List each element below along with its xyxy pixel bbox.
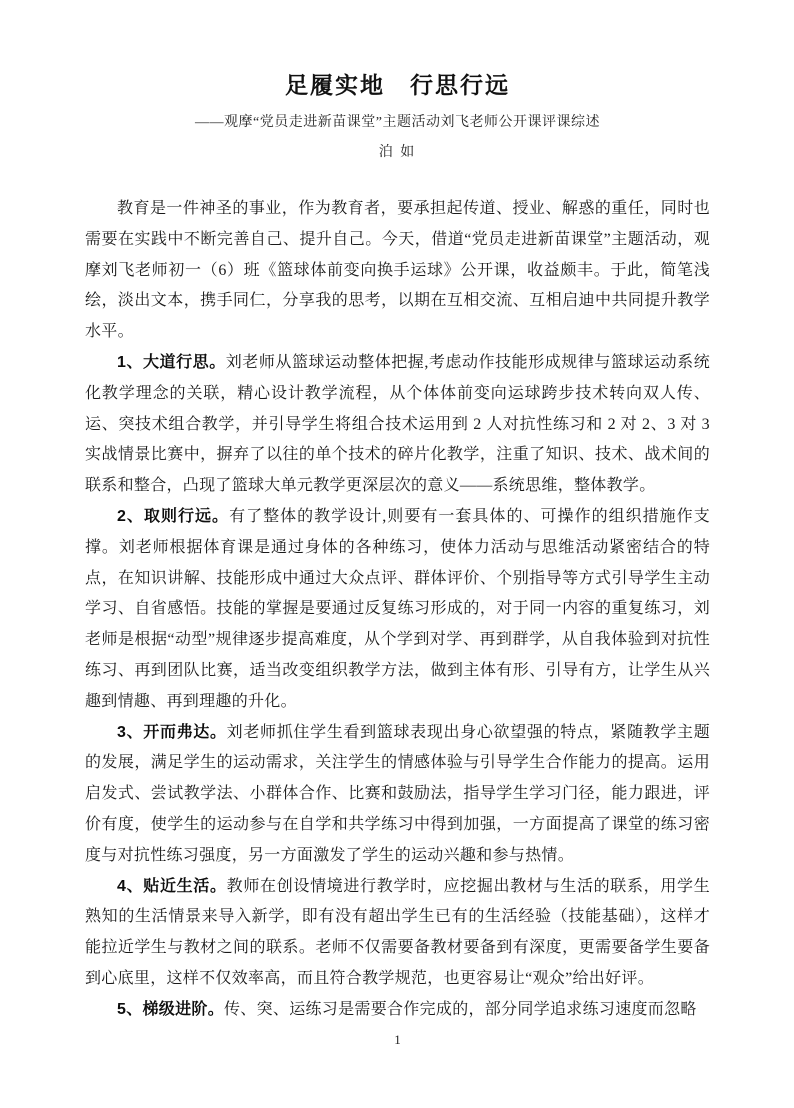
paragraph-heading: 4、贴近生活。 [117, 878, 227, 895]
paragraph-heading: 1、大道行思。 [117, 354, 226, 371]
paragraph-intro: 教育是一件神圣的事业，作为教育者，要承担起传道、授业、解惑的重任，同时也需要在实… [85, 194, 710, 348]
document-page: 足履实地 行思行远 ——观摩“党员走进新苗课堂”主题活动刘飞老师公开课评课综述 … [0, 0, 794, 1108]
paragraph-2-quzexingyuan: 2、取则行远。有了整体的教学设计,则要有一套具体的、可操作的组织措施作支撑。刘老… [85, 502, 710, 718]
paragraph-3-kaierfuda: 3、开而弗达。刘老师抓住学生看到篮球表现出身心欲望强的特点，紧随教学主题的发展，… [85, 718, 710, 872]
paragraph-text: 传、突、运练习是需要合作完成的，部分同学追求练习速度而忽略 [224, 1001, 697, 1018]
paragraph-5-tijijinjie: 5、梯级进阶。传、突、运练习是需要合作完成的，部分同学追求练习速度而忽略 [85, 995, 710, 1026]
paragraph-heading: 3、开而弗达。 [117, 724, 227, 741]
paragraph-text: 教育是一件神圣的事业，作为教育者，要承担起传道、授业、解惑的重任，同时也需要在实… [85, 200, 710, 340]
paragraph-text: 刘老师从篮球运动整体把握,考虑动作技能形成规律与篮球运动系统化教学理念的关联，精… [85, 354, 710, 494]
paragraph-heading: 5、梯级进阶。 [117, 1001, 224, 1018]
document-author: 泊 如 [85, 144, 710, 162]
document-subtitle: ——观摩“党员走进新苗课堂”主题活动刘飞老师公开课评课综述 [85, 114, 710, 132]
paragraph-4-tiejinshenghuo: 4、贴近生活。教师在创设情境进行教学时，应挖掘出教材与生活的联系，用学生熟知的生… [85, 872, 710, 995]
paragraph-text: 刘老师抓住学生看到篮球表现出身心欲望强的特点，紧随教学主题的发展，满足学生的运动… [85, 724, 710, 864]
page-title: 足履实地 行思行远 [85, 70, 710, 100]
paragraph-1-dadaoxingsi: 1、大道行思。刘老师从篮球运动整体把握,考虑动作技能形成规律与篮球运动系统化教学… [85, 348, 710, 502]
paragraph-text: 有了整体的教学设计,则要有一套具体的、可操作的组织措施作支撑。刘老师根据体育课是… [85, 508, 710, 710]
document-body: 教育是一件神圣的事业，作为教育者，要承担起传道、授业、解惑的重任，同时也需要在实… [85, 194, 710, 1026]
page-number: 1 [85, 1031, 710, 1049]
paragraph-heading: 2、取则行远。 [117, 508, 229, 525]
